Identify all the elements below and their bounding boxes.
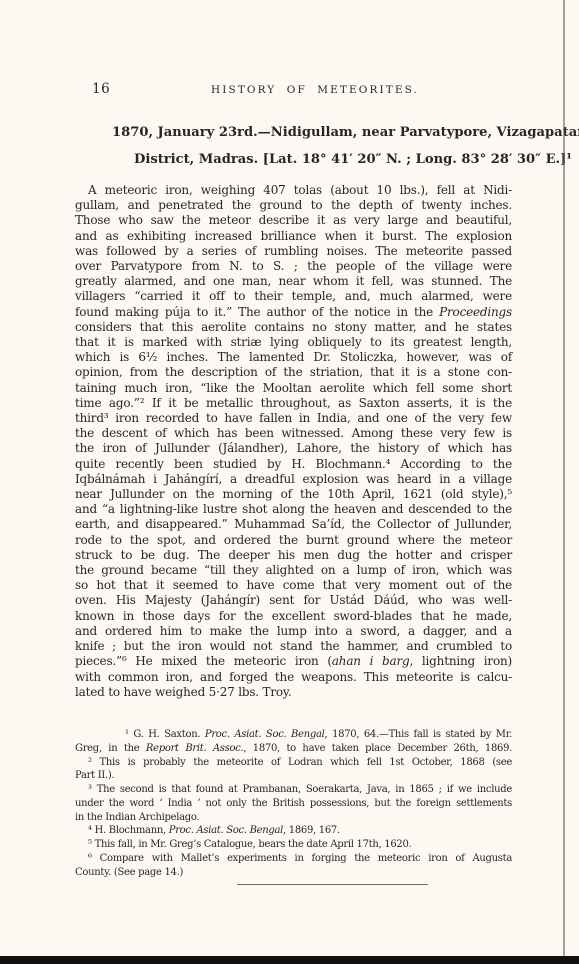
running-header: HISTORY OF METEORITES. — [95, 84, 535, 96]
text-line: Greg, in the Report Brit. Assoc., 1870, … — [75, 742, 512, 756]
text-line: taining much iron, “like the Mooltan aer… — [75, 381, 512, 396]
text-line: ³ The second is that found at Prambanan,… — [75, 783, 512, 797]
text-line: struck to be dug. The deeper his men dug… — [75, 548, 512, 563]
text-line: quite recently been studied by H. Blochm… — [75, 457, 512, 472]
text-line: the descent of which has been witnessed.… — [75, 426, 512, 441]
footnotes-block: ¹ G. H. Saxton. Proc. Asiat. Soc. Bengal… — [75, 728, 512, 879]
entry-heading-line-2: District, Madras. [Lat. 18° 41′ 20″ N. ;… — [75, 146, 575, 173]
text-line: found making púja to it.” The author of … — [75, 305, 512, 320]
text-line: knife ; but the iron would not stand the… — [75, 639, 512, 654]
text-line: Those who saw the meteor describe it as … — [75, 213, 512, 228]
text-line: near Jullunder on the morning of the 10t… — [75, 487, 512, 502]
scan-bottom-edge — [0, 956, 579, 964]
text-line: ¹ G. H. Saxton. Proc. Asiat. Soc. Bengal… — [75, 728, 512, 742]
text-line: lated to have weighed 5·27 lbs. Troy. — [75, 685, 512, 700]
text-line: earth, and disappeared.” Muhammad Sa’íd,… — [75, 517, 512, 532]
text-line: ² This is probably the meteorite of Lodr… — [75, 756, 512, 770]
text-line: ⁴ H. Blochmann, Proc. Asiat. Soc. Bengal… — [75, 824, 512, 838]
text-line: over Parvatypore from N. to S. ; the peo… — [75, 259, 512, 274]
text-line: ⁶ Compare with Mallet’s experiments in f… — [75, 852, 512, 866]
entry-heading-line-1: 1870, January 23rd.—Nidigullam, near Par… — [75, 119, 575, 146]
text-line: third³ iron recorded to have fallen in I… — [75, 411, 512, 426]
text-line: and ordered him to make the lump into a … — [75, 624, 512, 639]
text-line: known in those days for the excellent sw… — [75, 609, 512, 624]
text-line: so hot that it seemed to have come that … — [75, 578, 512, 593]
text-line: Iqbálnámah i Jahángírí, a dreadful explo… — [75, 472, 512, 487]
text-line: under the word ‘ India ’ not only the Br… — [75, 797, 512, 811]
text-line: rode to the spot, and ordered the burnt … — [75, 533, 512, 548]
text-line: and as exhibiting increased brilliance w… — [75, 229, 512, 244]
text-line: time ago.”² If it be metallic throughout… — [75, 396, 512, 411]
scan-right-edge — [563, 0, 565, 956]
text-line: that it is marked with striæ lying obliq… — [75, 335, 512, 350]
text-line: Part II.). — [75, 769, 512, 783]
text-line: oven. His Majesty (Jahángír) sent for Us… — [75, 593, 512, 608]
text-line: gullam, and penetrated the ground to the… — [75, 198, 512, 213]
text-line: A meteoric iron, weighing 407 tolas (abo… — [75, 183, 512, 198]
text-line: County. (See page 14.) — [75, 866, 512, 880]
text-line: villagers “carried it off to their templ… — [75, 289, 512, 304]
text-line: the iron of Jullunder (Jálandher), Lahor… — [75, 441, 512, 456]
text-line: with common iron, and forged the weapons… — [75, 670, 512, 685]
text-line: considers that this aerolite contains no… — [75, 320, 512, 335]
entry-heading: 1870, January 23rd.—Nidigullam, near Par… — [75, 119, 575, 173]
scanned-book-page: 16 HISTORY OF METEORITES. 1870, January … — [0, 0, 579, 964]
end-rule-divider — [237, 884, 428, 885]
text-line: the ground became “till they alighted on… — [75, 563, 512, 578]
body-paragraph: A meteoric iron, weighing 407 tolas (abo… — [75, 183, 512, 700]
text-line: pieces.”⁶ He mixed the meteoric iron (ah… — [75, 654, 512, 669]
text-line: which is 6½ inches. The lamented Dr. Sto… — [75, 350, 512, 365]
text-line: was followed by a series of rumbling noi… — [75, 244, 512, 259]
text-line: greatly alarmed, and one man, near whom … — [75, 274, 512, 289]
text-line: ⁵ This fall, in Mr. Greg’s Catalogue, be… — [75, 838, 512, 852]
text-line: in the Indian Archipelago. — [75, 811, 512, 825]
text-line: and “a lightning-like lustre shot along … — [75, 502, 512, 517]
text-line: opinion, from the description of the str… — [75, 365, 512, 380]
